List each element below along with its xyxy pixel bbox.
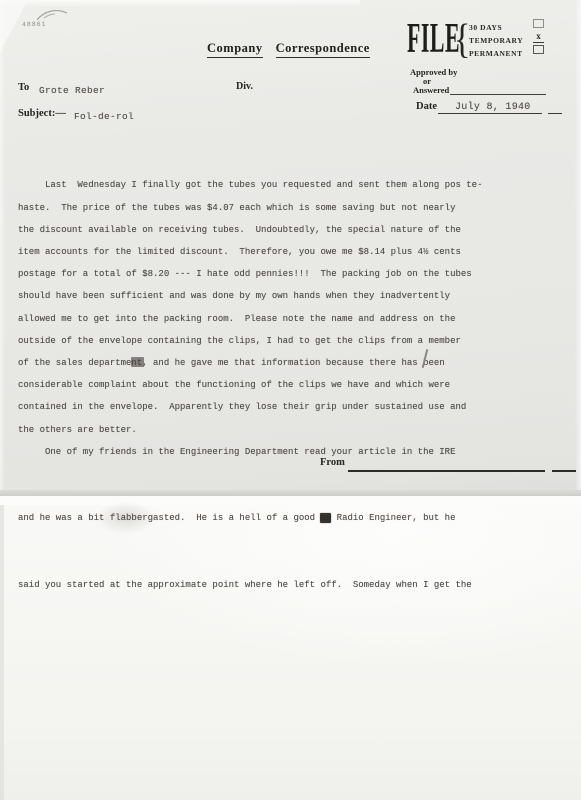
from-blank-line [348, 470, 545, 472]
answered-label: Answered [413, 85, 449, 95]
overstrike-line-pre: and he was a bit flabbergasted. He is a … [18, 513, 320, 523]
checkbox-temporary-checked: x [533, 31, 544, 43]
letter-body: Last Wednesday I finally got the tubes y… [18, 130, 518, 641]
file-option-permanent: PERMANENT [469, 49, 523, 58]
file-option-30-days: 30 DAYS [469, 23, 502, 32]
title-word-company: Company [207, 41, 263, 58]
letter-body-last-line: said you started at the approximate poin… [18, 574, 518, 596]
approved-by-label: Approved by [410, 67, 457, 77]
pencil-check-mark [34, 6, 70, 24]
memo-left-edge [0, 0, 5, 496]
subject-label: Subject:— [18, 108, 66, 119]
date-value: July 8, 1940 [455, 102, 531, 113]
to-value: Grote Reber [39, 85, 105, 96]
file-option-temporary: TEMPORARY [469, 36, 523, 45]
title-word-correspondence: Correspondence [276, 41, 370, 58]
date-blank-line-segment [548, 113, 562, 114]
letter-body-overstrike-line: and he was a bit flabbergasted. He is a … [18, 507, 518, 529]
file-stamp-brace: { [454, 17, 470, 62]
from-blank-line-segment [552, 470, 576, 472]
overstrike-line-post: Radio Engineer, but he [331, 513, 455, 523]
file-stamp-label: FILE [407, 18, 460, 60]
ink-blot-envelope [131, 357, 144, 367]
date-blank-line [438, 113, 542, 114]
date-label: Date [416, 101, 437, 112]
to-label: To [18, 82, 29, 93]
letterhead-title: CompanyCorrespondence [207, 39, 370, 57]
checkbox-30-days [533, 19, 544, 28]
answered-blank-line [450, 94, 546, 95]
from-label: From [320, 457, 345, 468]
lower-sheet-left-edge [0, 505, 4, 800]
div-label: Div. [236, 81, 253, 92]
overstruck-word: an [320, 513, 331, 523]
checkbox-permanent [533, 45, 544, 54]
letter-body-lines: Last Wednesday I finally got the tubes y… [18, 174, 518, 463]
scanned-memo-page: 48861 CompanyCorrespondence FILE { 30 DA… [0, 0, 581, 800]
subject-value: Fol-de-rol [74, 111, 134, 122]
